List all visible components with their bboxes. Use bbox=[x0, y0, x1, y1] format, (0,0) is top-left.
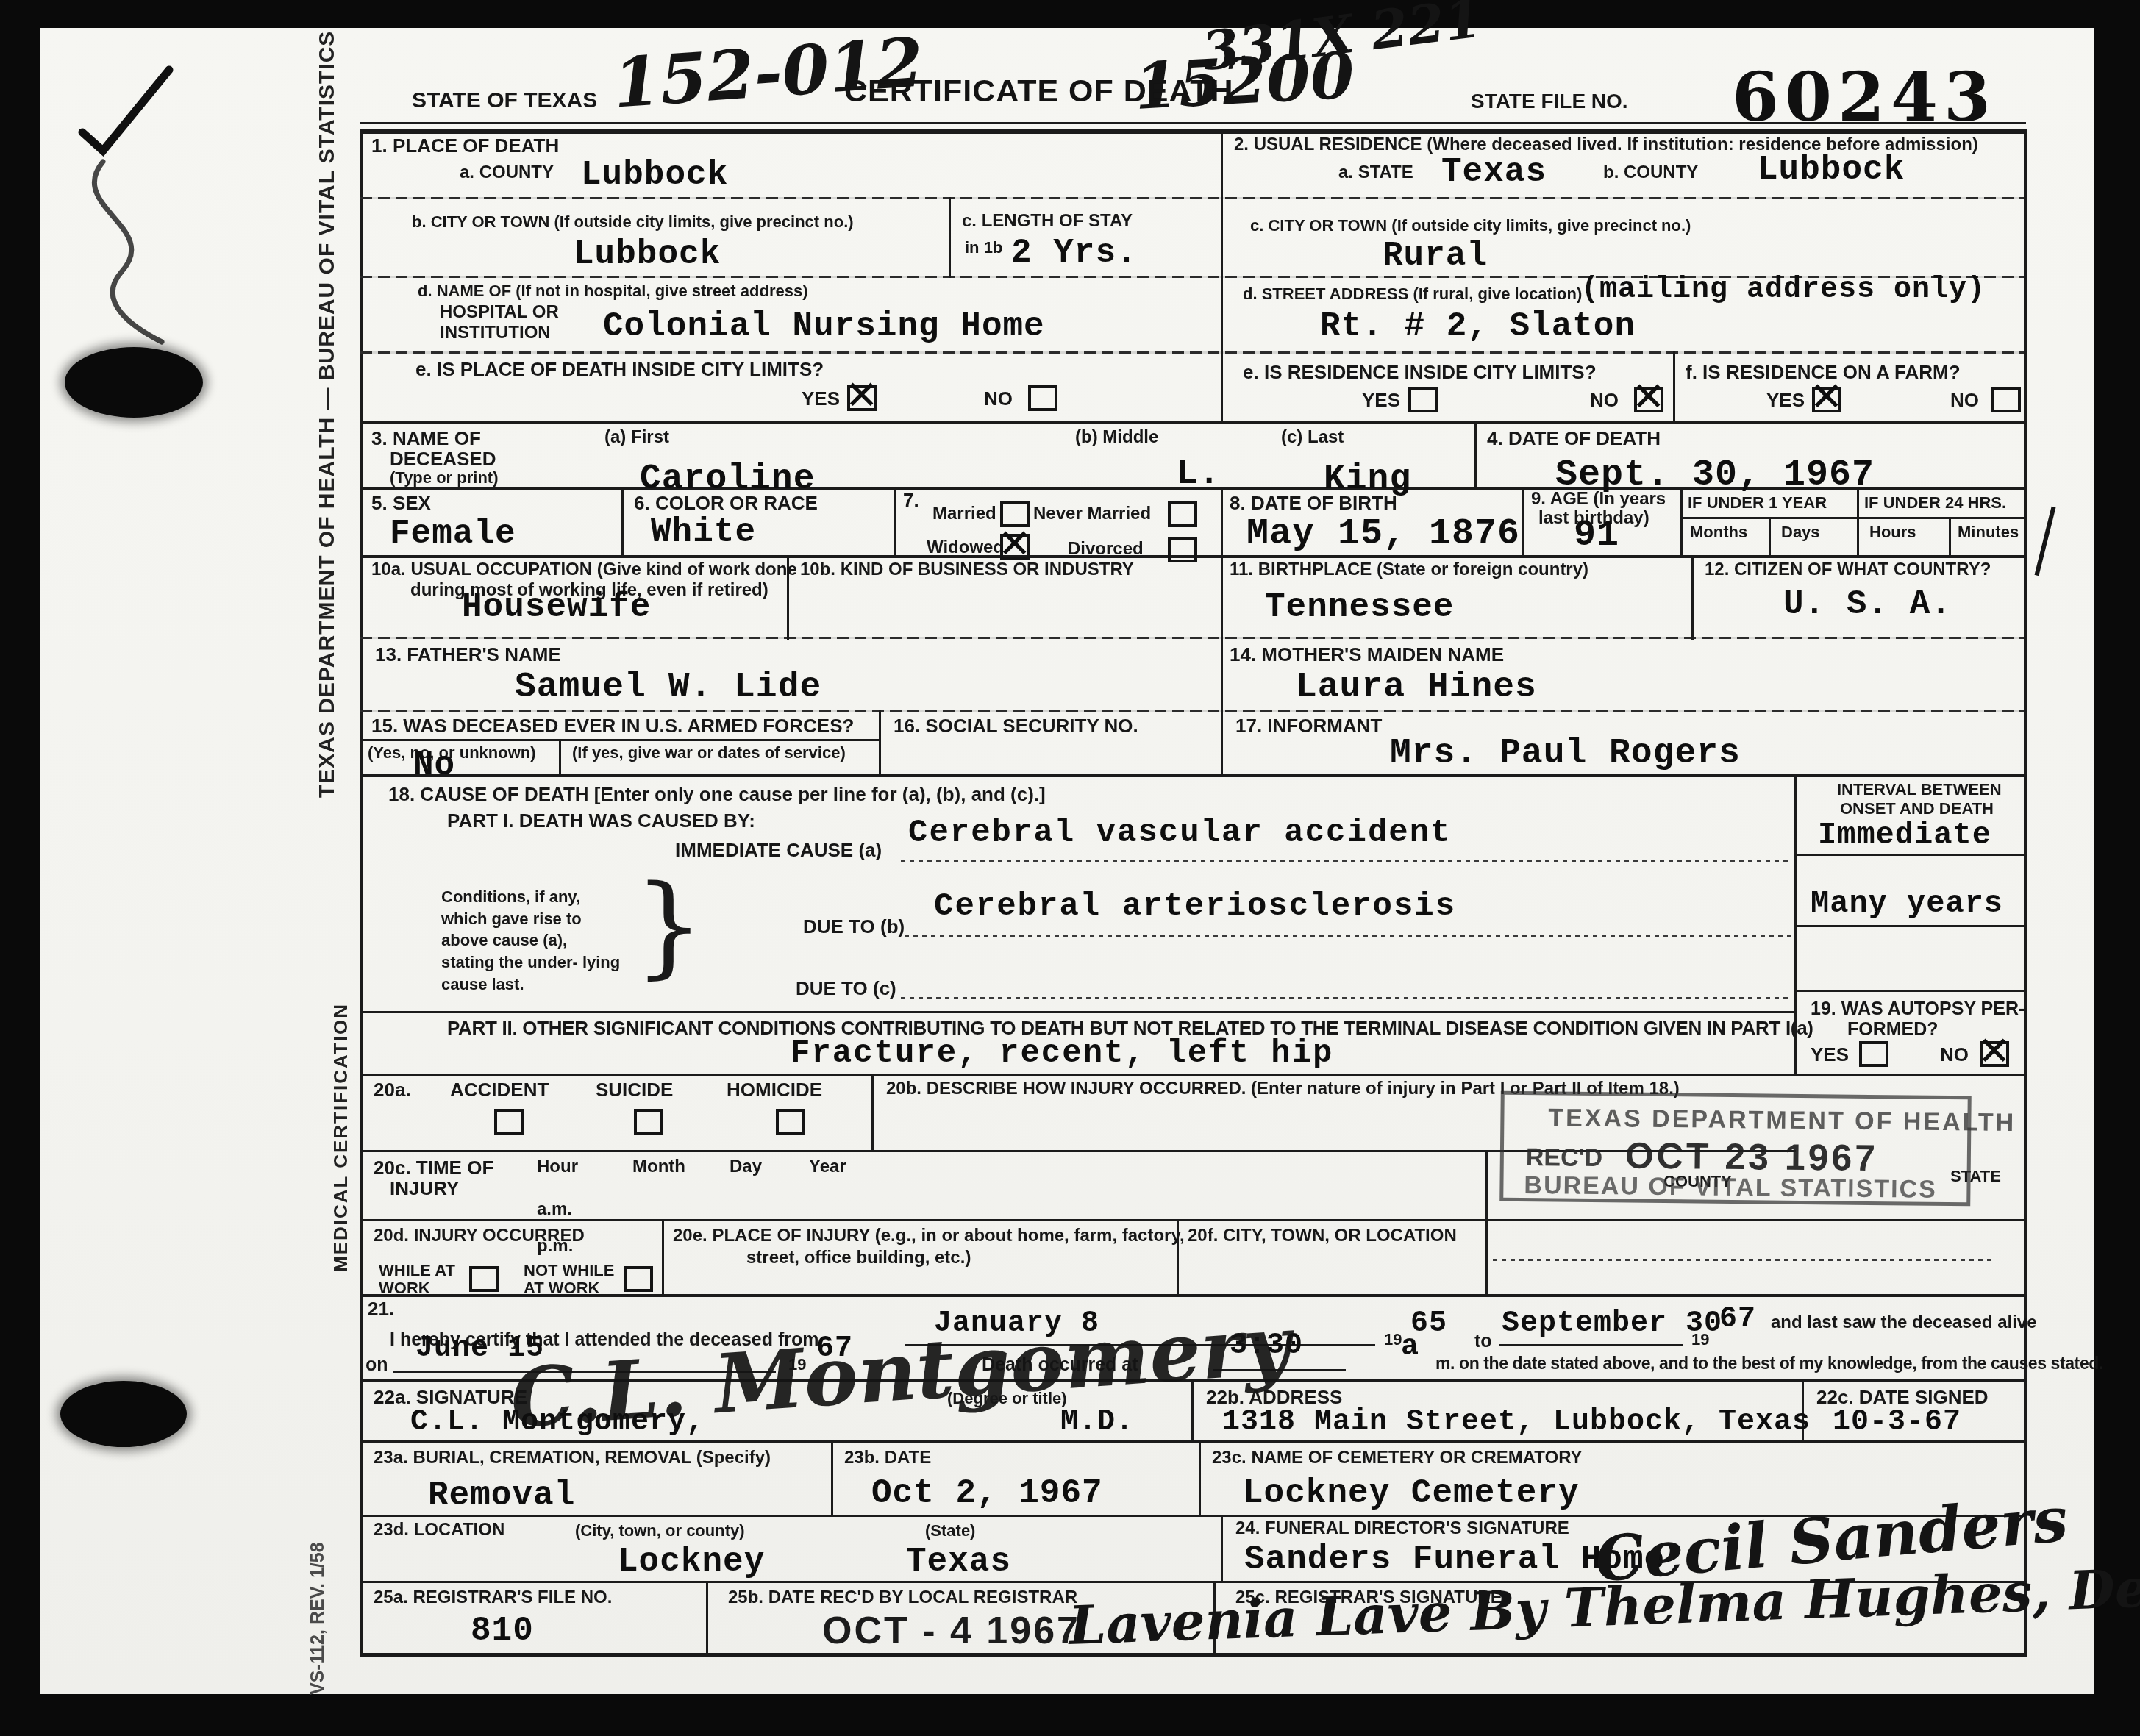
immediate-cause-label: IMMEDIATE CAUSE (a) bbox=[675, 840, 882, 861]
divider bbox=[360, 1011, 1796, 1013]
autopsy-label1: 19. WAS AUTOPSY PER- bbox=[1811, 999, 2025, 1019]
first-name-label: (a) First bbox=[604, 428, 669, 448]
industry-label: 10b. KIND OF BUSINESS OR INDUSTRY bbox=[800, 560, 1134, 580]
farm-no-label: NO bbox=[1950, 390, 1979, 411]
divider bbox=[360, 197, 2024, 199]
divider bbox=[1680, 487, 1683, 558]
length-of-stay-label: c. LENGTH OF STAY bbox=[962, 212, 1133, 232]
divider bbox=[1691, 555, 1694, 640]
armed-forces-sub2: (If yes, give war or dates of service) bbox=[572, 744, 846, 762]
pod-yes-label: YES bbox=[802, 388, 840, 410]
not-while-at-work-label1: NOT WHILE bbox=[524, 1262, 614, 1280]
middle-name-label: (b) Middle bbox=[1075, 428, 1158, 448]
divider bbox=[360, 1294, 2024, 1297]
while-at-work-label1: WHILE AT bbox=[379, 1262, 455, 1280]
not-while-at-work-label2: AT WORK bbox=[524, 1279, 599, 1298]
received-stamp: TEXAS DEPARTMENT OF HEALTH REC'D OCT 23 … bbox=[1499, 1091, 1972, 1207]
divider bbox=[1221, 710, 1223, 776]
res-city-value[interactable]: Rural bbox=[1383, 237, 1488, 275]
conditions-note: Conditions, if any, which gave rise to a… bbox=[441, 886, 621, 995]
on-label: on bbox=[365, 1354, 388, 1375]
interval-label2: ONSET AND DEATH bbox=[1840, 800, 1994, 818]
am-label: a.m. bbox=[537, 1200, 572, 1220]
autopsy-no-label: NO bbox=[1940, 1044, 1969, 1065]
injury-20a-label: 20a. bbox=[374, 1079, 411, 1101]
birthplace-value[interactable]: Tennessee bbox=[1265, 588, 1454, 626]
due-to-b-value[interactable]: Cerebral arteriosclerosis bbox=[934, 888, 1456, 925]
informant-value[interactable]: Mrs. Paul Rogers bbox=[1390, 734, 1741, 774]
race-label: 6. COLOR OR RACE bbox=[634, 493, 818, 514]
divider bbox=[360, 1219, 2024, 1221]
autopsy-label2: FORMED? bbox=[1847, 1019, 1939, 1040]
pod-county-value[interactable]: Lubbock bbox=[581, 156, 728, 194]
divider bbox=[894, 487, 896, 558]
marital-item-label: 7. bbox=[903, 490, 919, 511]
field-rule bbox=[901, 860, 1791, 862]
certify-tail2-text: m. on the date stated above, and to the … bbox=[1435, 1354, 2103, 1374]
pod-no-checkbox[interactable] bbox=[1028, 385, 1057, 411]
attended-to-value[interactable]: September 30 bbox=[1502, 1307, 1722, 1340]
divider bbox=[1221, 487, 1223, 558]
farm-yes-label: YES bbox=[1766, 390, 1805, 411]
hole-punch bbox=[65, 347, 203, 418]
divider bbox=[831, 1440, 833, 1517]
divider bbox=[879, 710, 881, 776]
degree-value[interactable]: M.D. bbox=[1060, 1406, 1134, 1439]
burial-label: 23a. BURIAL, CREMATION, REMOVAL (Specify… bbox=[374, 1449, 771, 1468]
farm-yes-checkbox[interactable] bbox=[1812, 387, 1841, 412]
divider bbox=[1221, 555, 1223, 640]
stamp-recd-label: REC'D bbox=[1526, 1143, 1603, 1173]
divider bbox=[1199, 1440, 1201, 1517]
while-at-work-label2: WORK bbox=[379, 1279, 430, 1298]
date-signed-value[interactable]: 10-3-67 bbox=[1833, 1406, 1961, 1439]
res-county-value[interactable]: Lubbock bbox=[1758, 151, 1905, 189]
divider bbox=[1680, 517, 2026, 519]
burial-value[interactable]: Removal bbox=[428, 1476, 575, 1515]
institution-label: d. NAME OF (If not in hospital, give str… bbox=[418, 282, 808, 301]
divider bbox=[1794, 854, 2026, 856]
registrar-file-label: 25a. REGISTRAR'S FILE NO. bbox=[374, 1588, 612, 1608]
divider bbox=[360, 351, 2024, 354]
divider bbox=[360, 421, 2024, 424]
injury-20f-label: 20f. CITY, TOWN, OR LOCATION bbox=[1188, 1226, 1457, 1246]
res-county-label: b. COUNTY bbox=[1603, 163, 1698, 183]
divider bbox=[559, 739, 561, 776]
armed-forces-value[interactable]: No bbox=[413, 746, 455, 785]
name-of-deceased-label2: DECEASED bbox=[390, 449, 496, 470]
res-street-value[interactable]: Rt. # 2, Slaton bbox=[1320, 307, 1636, 346]
pen-mark bbox=[51, 51, 213, 360]
occupation-label: 10a. USUAL OCCUPATION (Give kind of work… bbox=[371, 560, 797, 580]
pod-city-value[interactable]: Lubbock bbox=[574, 235, 721, 274]
divider bbox=[1485, 1150, 1488, 1295]
days-label: Days bbox=[1781, 524, 1820, 542]
state-of-texas-label: STATE OF TEXAS bbox=[412, 88, 597, 113]
mother-name-value[interactable]: Laura Hines bbox=[1296, 668, 1537, 707]
last-name-label: (c) Last bbox=[1281, 428, 1344, 448]
year-label: Year bbox=[809, 1157, 846, 1177]
divider bbox=[1522, 487, 1524, 558]
cemetery-label: 23c. NAME OF CEMETERY OR CREMATORY bbox=[1212, 1449, 1583, 1468]
divider bbox=[360, 1074, 2024, 1076]
divider bbox=[1769, 517, 1771, 558]
under-24-hrs-label: IF UNDER 24 HRS. bbox=[1864, 494, 2006, 512]
divider bbox=[662, 1219, 664, 1296]
dob-value[interactable]: May 15, 1876 bbox=[1246, 513, 1520, 555]
name-of-deceased-sub: (Type or print) bbox=[390, 469, 498, 487]
cemetery-value[interactable]: Lockney Cemetery bbox=[1243, 1474, 1580, 1512]
date-signed-label: 22c. DATE SIGNED bbox=[1816, 1387, 1989, 1408]
stamp-line3: BUREAU OF VITAL STATISTICS bbox=[1524, 1171, 1937, 1204]
occupation-value[interactable]: Housewife bbox=[462, 588, 651, 626]
ssn-label: 16. SOCIAL SECURITY NO. bbox=[894, 715, 1138, 737]
divider bbox=[1221, 129, 1223, 424]
res-yes-checkbox[interactable] bbox=[1408, 387, 1438, 412]
burial-date-value[interactable]: Oct 2, 1967 bbox=[871, 1474, 1103, 1512]
immediate-cause-value[interactable]: Cerebral vascular accident bbox=[908, 815, 1452, 851]
autopsy-no-checkbox[interactable] bbox=[1980, 1041, 2009, 1067]
divider bbox=[1493, 1259, 1993, 1261]
while-at-work-checkbox[interactable] bbox=[469, 1266, 499, 1292]
never-married-label: Never Married bbox=[1033, 504, 1151, 524]
to-label: to bbox=[1474, 1331, 1492, 1351]
location-sub2: (State) bbox=[925, 1522, 975, 1540]
pod-yes-checkbox[interactable] bbox=[847, 385, 877, 411]
armed-forces-label: 15. WAS DECEASED EVER IN U.S. ARMED FORC… bbox=[371, 715, 854, 737]
month-label: Month bbox=[632, 1157, 685, 1177]
suicide-checkbox[interactable] bbox=[634, 1109, 663, 1135]
months-label: Months bbox=[1690, 524, 1747, 542]
minutes-label: Minutes bbox=[1958, 524, 2019, 542]
divider bbox=[1794, 925, 2026, 927]
date-of-death-label: 4. DATE OF DEATH bbox=[1487, 428, 1661, 449]
divider bbox=[360, 1653, 2026, 1657]
divorced-label: Divorced bbox=[1068, 540, 1144, 560]
divider bbox=[360, 710, 2024, 712]
res-no-checkbox[interactable] bbox=[1634, 387, 1663, 412]
suicide-label: SUICIDE bbox=[596, 1079, 673, 1101]
brace-glyph: } bbox=[634, 871, 704, 982]
homicide-label: HOMICIDE bbox=[727, 1079, 822, 1101]
interval-label1: INTERVAL BETWEEN bbox=[1837, 781, 2002, 799]
never-married-checkbox[interactable] bbox=[1168, 501, 1197, 527]
location-city-value[interactable]: Lockney bbox=[618, 1543, 765, 1581]
divider bbox=[1949, 517, 1951, 558]
part2-value[interactable]: Fracture, recent, left hip bbox=[791, 1035, 1334, 1072]
physician-name-typed[interactable]: C.L. Montgomery, bbox=[410, 1406, 705, 1439]
hours-label: Hours bbox=[1869, 524, 1916, 542]
homicide-checkbox[interactable] bbox=[776, 1109, 805, 1135]
certificate-title: CERTIFICATE OF DEATH bbox=[844, 74, 1234, 110]
res-city-label: c. CITY OR TOWN (If outside city limits,… bbox=[1250, 217, 1691, 235]
divider bbox=[621, 487, 624, 558]
hole-punch bbox=[60, 1381, 187, 1447]
res-state-value[interactable]: Texas bbox=[1441, 153, 1547, 191]
part1-label: PART I. DEATH WAS CAUSED BY: bbox=[447, 810, 755, 832]
divider bbox=[360, 774, 2024, 777]
married-label: Married bbox=[932, 504, 996, 524]
dob-label: 8. DATE OF BIRTH bbox=[1230, 493, 1397, 514]
to-year-value[interactable]: 67 bbox=[1719, 1303, 1756, 1336]
day-label: Day bbox=[730, 1157, 762, 1177]
state-file-no-label: STATE FILE NO. bbox=[1471, 90, 1628, 112]
widowed-checkbox[interactable] bbox=[1000, 534, 1030, 560]
race-value[interactable]: White bbox=[651, 513, 756, 551]
due-to-c-label: DUE TO (c) bbox=[796, 978, 896, 999]
address-value[interactable]: 1318 Main Street, Lubbock, Texas bbox=[1222, 1406, 1811, 1439]
address-label: 22b. ADDRESS bbox=[1206, 1387, 1342, 1408]
length-of-stay-sub: in 1b bbox=[965, 239, 1002, 257]
birthplace-label: 11. BIRTHPLACE (State or foreign country… bbox=[1230, 560, 1588, 580]
father-name-value[interactable]: Samuel W. Lide bbox=[515, 668, 821, 707]
location-sub1: (City, town, or county) bbox=[575, 1522, 745, 1540]
funeral-director-label: 24. FUNERAL DIRECTOR'S SIGNATURE bbox=[1235, 1519, 1569, 1539]
vertical-medical-certification-text: MEDICAL CERTIFICATION bbox=[329, 963, 352, 1272]
field-rule bbox=[1499, 1344, 1683, 1346]
accident-checkbox[interactable] bbox=[494, 1109, 524, 1135]
from-year-prefix: 19 bbox=[1384, 1331, 1402, 1349]
location-state-value[interactable]: Texas bbox=[906, 1543, 1011, 1581]
institution-label2: HOSPITAL OR bbox=[440, 303, 559, 323]
autopsy-yes-label: YES bbox=[1811, 1044, 1849, 1065]
divider bbox=[360, 129, 363, 1657]
due-to-b-label: DUE TO (b) bbox=[803, 916, 905, 937]
divider bbox=[360, 739, 879, 741]
registrar-file-value[interactable]: 810 bbox=[471, 1612, 534, 1650]
divorced-checkbox[interactable] bbox=[1168, 537, 1197, 562]
vertical-agency-text: TEXAS DEPARTMENT OF HEALTH — BUREAU OF V… bbox=[315, 136, 340, 798]
place-of-death-label: 1. PLACE OF DEATH bbox=[371, 135, 559, 157]
cause-of-death-label: 18. CAUSE OF DEATH [Enter only one cause… bbox=[388, 784, 1046, 805]
injury-20c-label: 20c. TIME OF bbox=[374, 1157, 493, 1179]
institution-value[interactable]: Colonial Nursing Home bbox=[603, 307, 1045, 346]
divider bbox=[1794, 990, 2026, 992]
sex-label: 5. SEX bbox=[371, 493, 431, 514]
divider bbox=[1857, 487, 1859, 558]
location-label: 23d. LOCATION bbox=[374, 1521, 504, 1540]
divider bbox=[949, 197, 951, 278]
citizen-value[interactable]: U. S. A. bbox=[1783, 585, 1952, 624]
farm-no-checkbox[interactable] bbox=[1991, 387, 2021, 412]
injury-20c-label2: INJURY bbox=[390, 1178, 459, 1199]
interval-b-value[interactable]: Many years bbox=[1811, 886, 2003, 921]
divider bbox=[360, 637, 2024, 639]
not-while-at-work-checkbox[interactable] bbox=[624, 1266, 653, 1292]
accident-label: ACCIDENT bbox=[450, 1079, 549, 1101]
citizen-label: 12. CITIZEN OF WHAT COUNTRY? bbox=[1705, 560, 1991, 580]
scanned-death-certificate: TEXAS DEPARTMENT OF HEALTH — BUREAU OF V… bbox=[0, 0, 2140, 1736]
interval-a-value[interactable]: Immediate bbox=[1818, 818, 1991, 853]
injury-20e-label: 20e. PLACE OF INJURY (e.g., in or about … bbox=[673, 1226, 1185, 1246]
pod-no-label: NO bbox=[984, 388, 1013, 410]
divider bbox=[706, 1581, 708, 1656]
res-city-limits-label: e. IS RESIDENCE INSIDE CITY LIMITS? bbox=[1243, 362, 1597, 383]
divider bbox=[1673, 351, 1675, 424]
pod-city-label: b. CITY OR TOWN (If outside city limits,… bbox=[412, 213, 854, 232]
burial-date-label: 23b. DATE bbox=[844, 1449, 931, 1468]
institution-label3: INSTITUTION bbox=[440, 324, 551, 343]
name-of-deceased-label: 3. NAME OF bbox=[371, 428, 481, 449]
divider bbox=[1474, 421, 1477, 490]
degree-label: (Degree or title) bbox=[947, 1390, 1067, 1408]
res-street-label: d. STREET ADDRESS (If rural, give locati… bbox=[1243, 285, 1582, 304]
hour-label: Hour bbox=[537, 1157, 578, 1177]
sex-value[interactable]: Female bbox=[390, 515, 516, 553]
divider bbox=[360, 122, 2026, 124]
stamp-line1: TEXAS DEPARTMENT OF HEALTH bbox=[1548, 1104, 2016, 1137]
field-rule bbox=[901, 997, 1791, 999]
age-value[interactable]: 91 bbox=[1574, 515, 1619, 557]
certify-tail1-text: and last saw the deceased alive bbox=[1771, 1313, 2037, 1333]
form-number-text: VS-112, REV. 1/58 bbox=[307, 1511, 329, 1695]
divider bbox=[1221, 637, 1223, 712]
under-1-year-label: IF UNDER 1 YEAR bbox=[1688, 494, 1827, 512]
autopsy-yes-checkbox[interactable] bbox=[1859, 1041, 1888, 1067]
signature-label: 22a. SIGNATURE bbox=[374, 1387, 527, 1408]
state-file-number: 60243 bbox=[1732, 57, 1997, 137]
mother-name-label: 14. MOTHER'S MAIDEN NAME bbox=[1230, 644, 1504, 665]
widowed-label: Widowed bbox=[927, 538, 1004, 558]
divider bbox=[1221, 1515, 1223, 1583]
injury-20e-label2: street, office building, etc.) bbox=[746, 1249, 971, 1268]
divider bbox=[360, 129, 2026, 134]
res-no-label: NO bbox=[1590, 390, 1619, 411]
injury-20d-label: 20d. INJURY OCCURRED bbox=[374, 1226, 585, 1246]
divider bbox=[2024, 129, 2027, 1657]
to-year-prefix: 19 bbox=[1691, 1331, 1709, 1349]
item-21-label: 21. bbox=[368, 1299, 394, 1320]
age-label: 9. AGE (In years bbox=[1531, 490, 1666, 510]
res-yes-label: YES bbox=[1362, 390, 1400, 411]
field-rule bbox=[905, 935, 1791, 937]
middle-name-value[interactable]: L. bbox=[1177, 454, 1221, 494]
meridiem-value[interactable]: a bbox=[1401, 1331, 1419, 1364]
pod-county-label: a. COUNTY bbox=[460, 163, 554, 183]
res-street-note: (mailing address only) bbox=[1581, 274, 1986, 307]
father-name-label: 13. FATHER'S NAME bbox=[375, 644, 561, 665]
registrar-received-stamp: OCT - 4 1967 bbox=[822, 1609, 1080, 1653]
res-state-label: a. STATE bbox=[1338, 163, 1413, 183]
informant-label: 17. INFORMANT bbox=[1235, 715, 1382, 737]
divider bbox=[871, 1074, 874, 1152]
pod-city-limits-label: e. IS PLACE OF DEATH INSIDE CITY LIMITS? bbox=[415, 359, 824, 380]
length-of-stay-value[interactable]: 2 Yrs. bbox=[1011, 234, 1138, 272]
registrar-received-label: 25b. DATE REC'D BY LOCAL REGISTRAR bbox=[728, 1588, 1077, 1608]
